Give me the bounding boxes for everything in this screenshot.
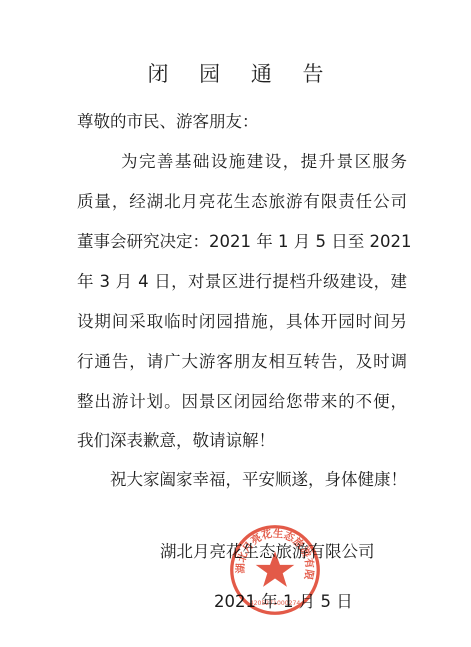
body-line-5: 设期间采取临时闭园措施，具体开园时间另 (77, 312, 407, 332)
red-star-seal-icon: 湖北月亮花生态旅游有限责任公司 4205271000274 (228, 523, 322, 617)
closing-wishes: 祝大家阖家幸福，平安顺遂，身体健康！ (110, 470, 407, 490)
seal-star (256, 551, 295, 587)
body-line-4: 年 3 月 4 日，对景区进行提档升级建设，建 (77, 272, 407, 292)
body-line-6: 行通告，请广大游客朋友相互转告，及时调 (77, 352, 407, 372)
notice-title: 闭 园 通 告 (0, 58, 471, 88)
body-line-7: 整出游计划。因景区闭园给您带来的不便， (77, 392, 407, 412)
body-line-3: 董事会研究决定：2021 年 1 月 5 日至 2021 (77, 232, 407, 252)
body-line-1: 为完善基础设施建设，提升景区服务 (121, 152, 407, 172)
body-line-2: 质量，经湖北月亮花生态旅游有限责任公司 (77, 192, 407, 212)
salutation: 尊敬的市民、游客朋友： (77, 112, 259, 132)
body-line-8: 我们深表歉意，敬请谅解！ (77, 431, 275, 451)
seal-serial: 4205271000274 (250, 600, 301, 607)
